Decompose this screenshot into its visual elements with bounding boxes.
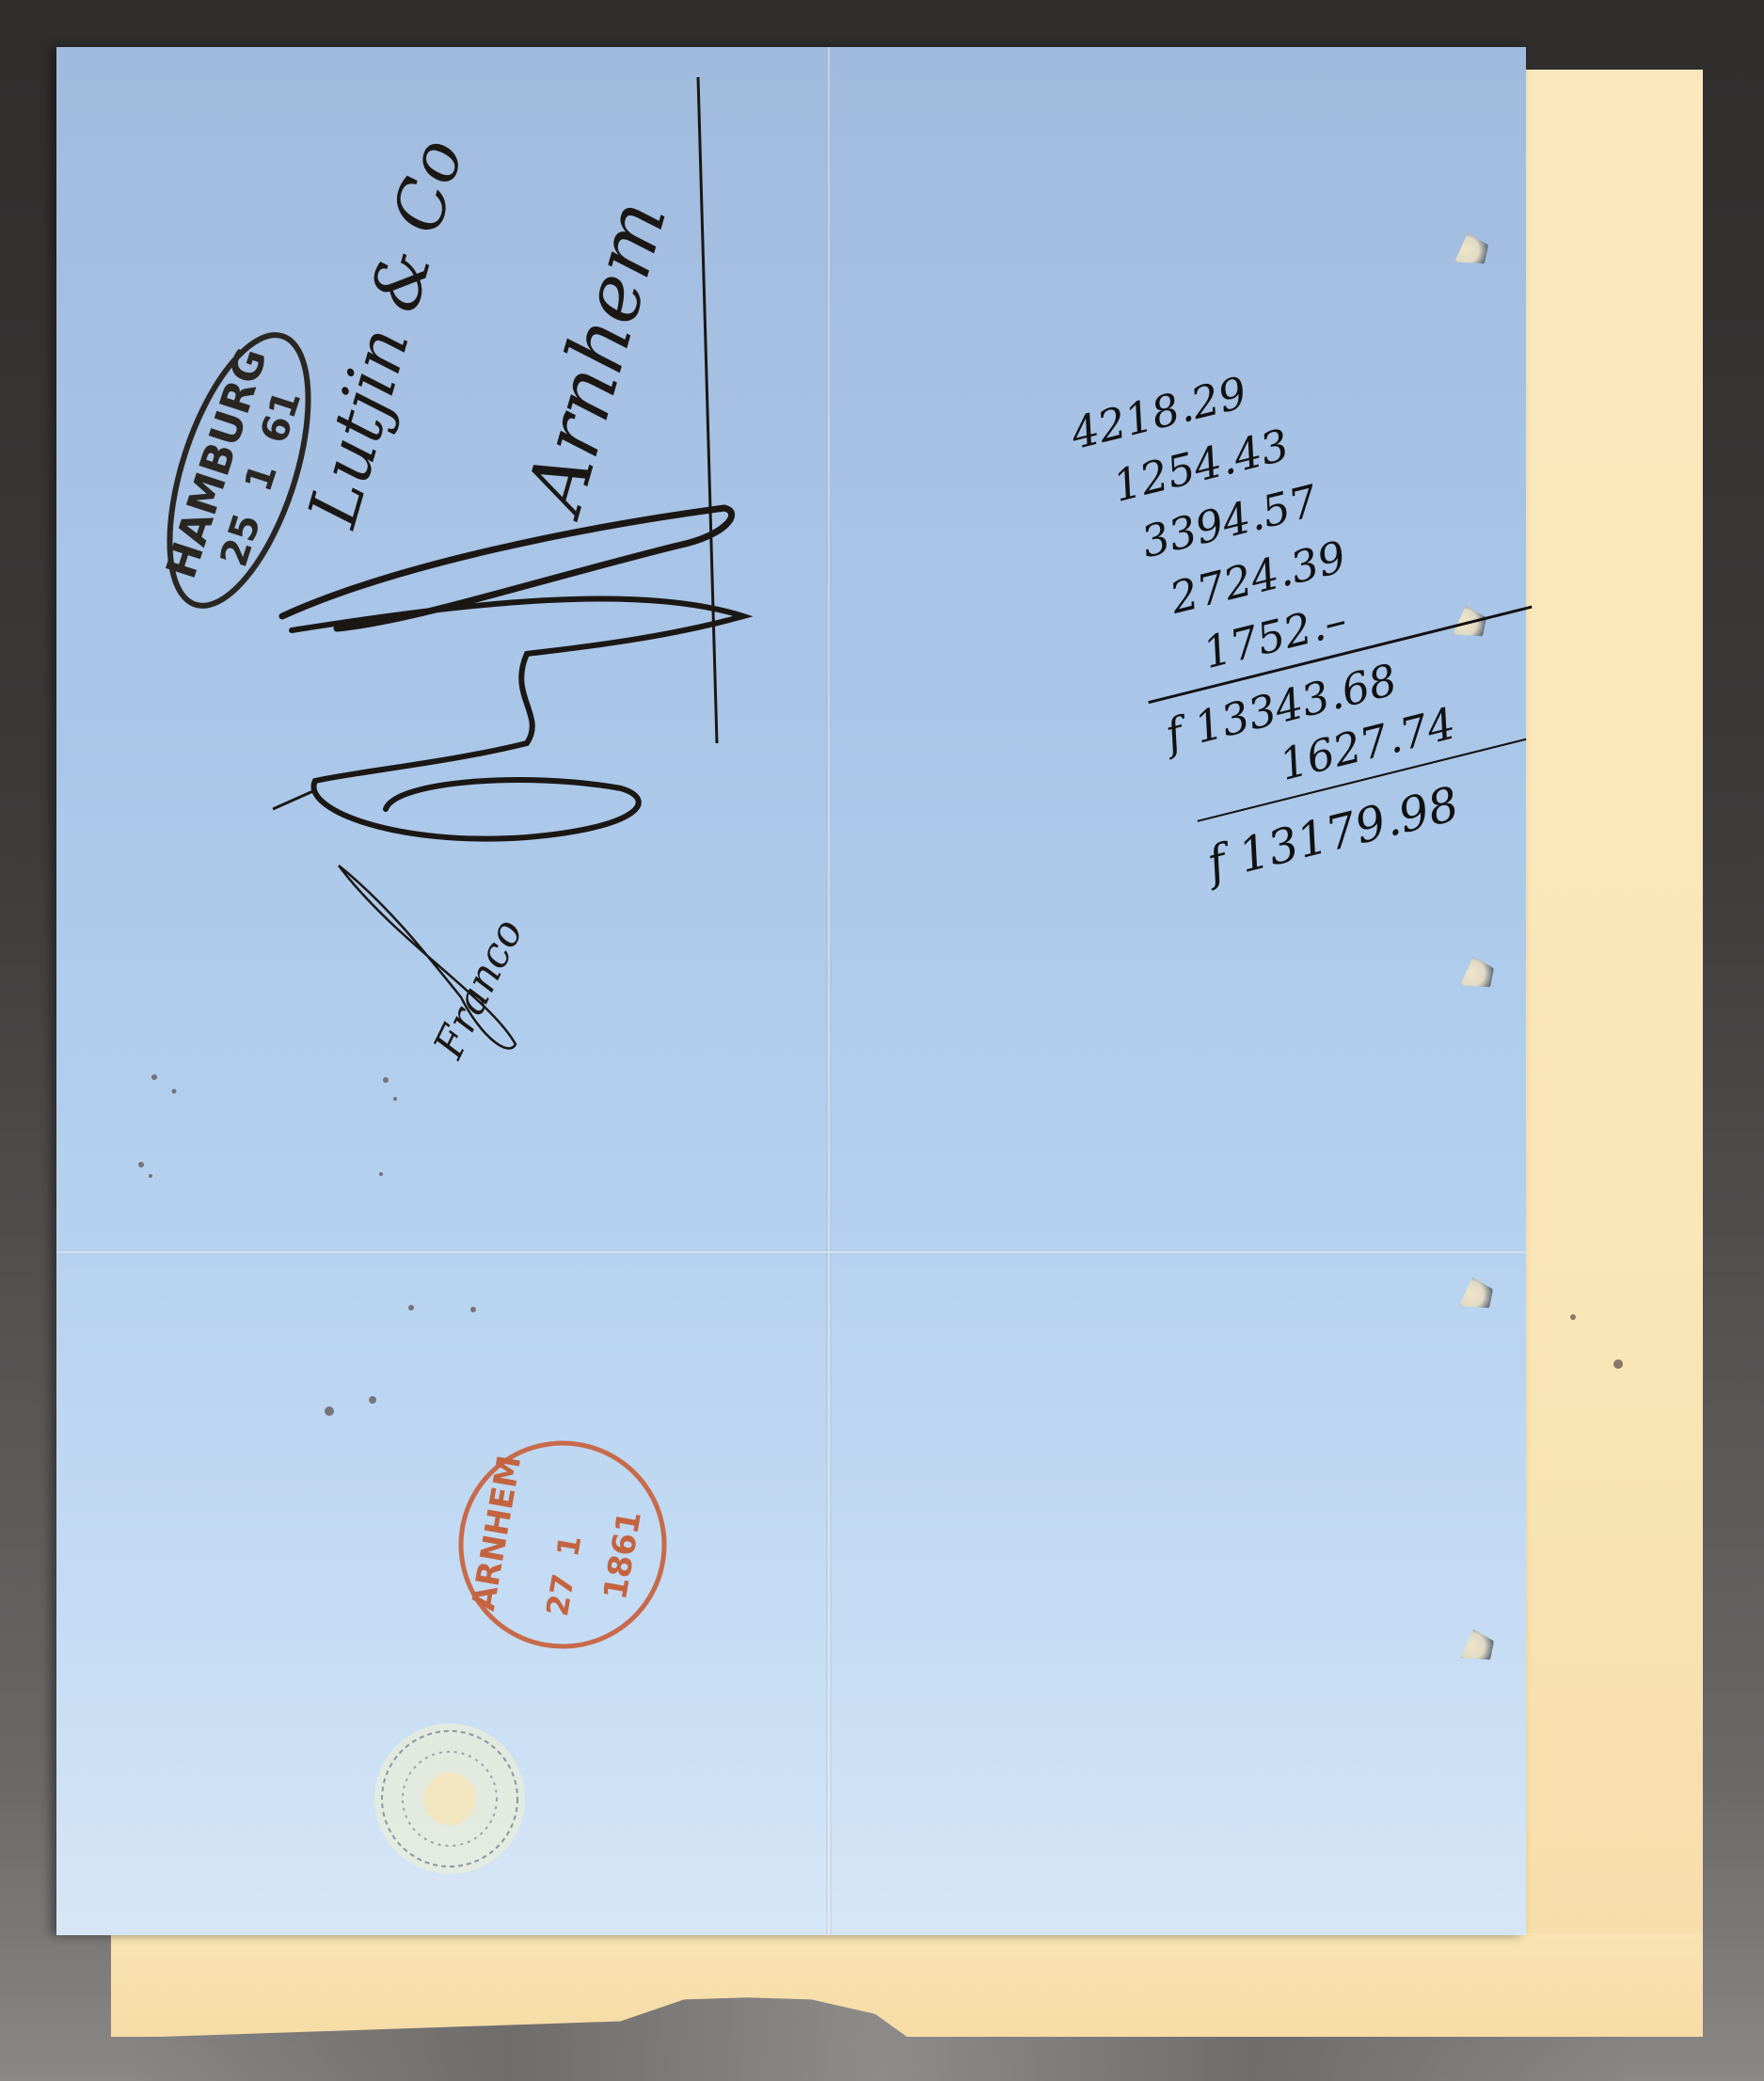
arnhem-label: ARNHEM — [465, 1453, 529, 1613]
calculation-block: 4218.29 1254.43 3394.57 2724.39 1752.– f… — [1065, 312, 1581, 898]
address-block: Lutjin & Co Arnhem Franco — [273, 77, 743, 1067]
address-franco: Franco — [424, 912, 532, 1067]
embossed-seal-icon — [374, 1724, 525, 1874]
ink-specks — [138, 1074, 1623, 1416]
arnhem-postmark: ARNHEM 27 1 1861 — [445, 1427, 680, 1662]
address-city: Arnhem — [506, 190, 684, 528]
ink-overlay: HAMBURG 25 1 61 ARNHEM 27 1 1861 Lutjin … — [0, 0, 1764, 2081]
arnhem-month: 1 — [549, 1533, 588, 1560]
address-firm: Lutjin & Co — [292, 131, 478, 537]
hamburg-month: 1 — [237, 458, 286, 497]
arnhem-year: 1861 — [596, 1508, 649, 1602]
calc-result: f 13179.98 — [1199, 776, 1465, 892]
arnhem-day: 27 — [539, 1571, 581, 1618]
